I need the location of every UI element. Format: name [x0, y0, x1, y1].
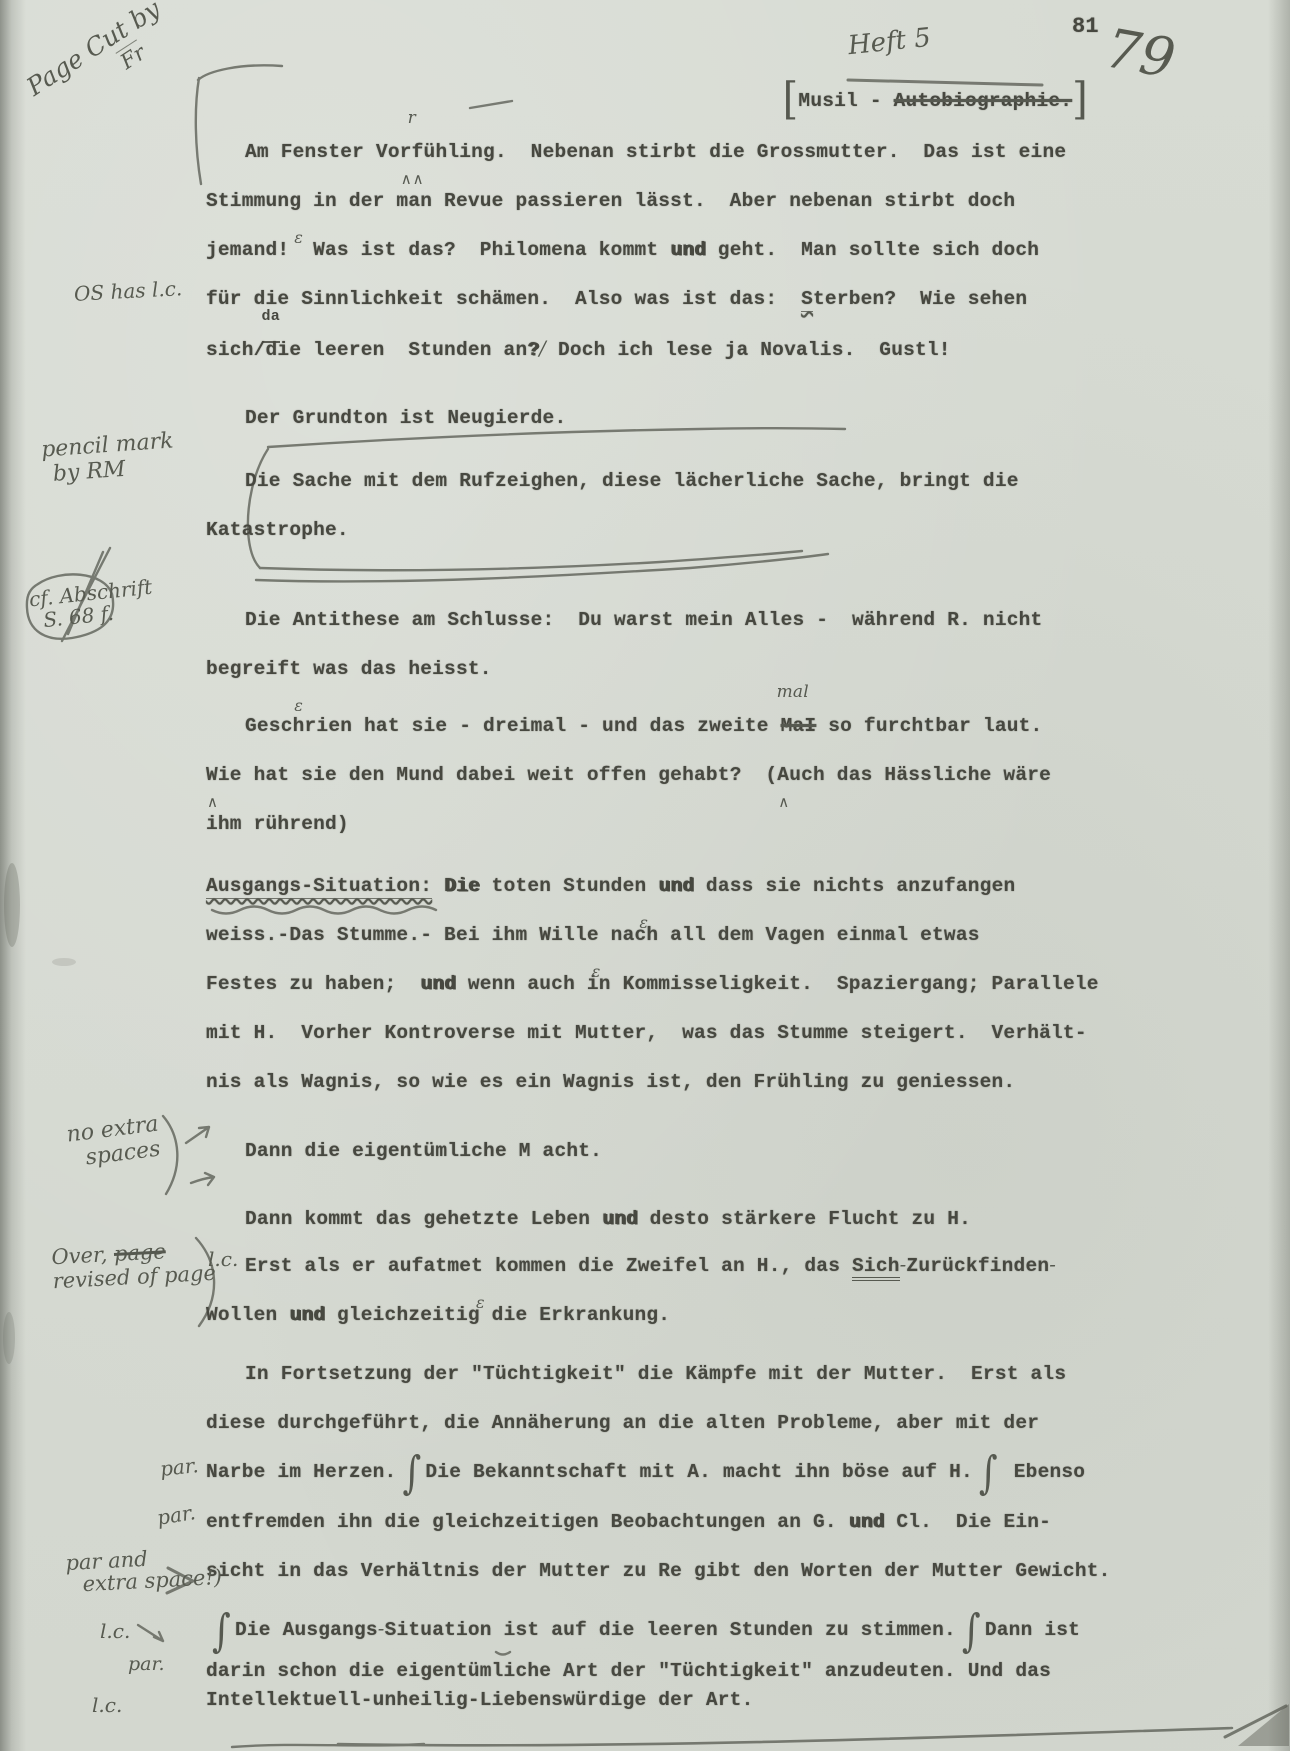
margin-note-cf-reference: cf. Abschrift S. 68 f. — [28, 576, 156, 633]
margin-note-no-extra-spaces: no extra spaces — [65, 1113, 163, 1173]
margin-note-par: par. — [159, 1454, 200, 1480]
paragraph: Erst als er aufatmetɛ kommen die Zweifel… — [206, 1240, 1216, 1340]
margin-note-par: par. — [128, 1654, 165, 1675]
page-number-handwritten: 79 — [1101, 18, 1179, 89]
scan-right-edge — [1268, 0, 1290, 1751]
paragraph: In Fortsetzung der "Tüchtigkeit" die Käm… — [206, 1350, 1216, 1596]
typed-line: begreiftɛ was das heisst. — [206, 645, 1216, 694]
typed-line: sich/dadie leeren Stunden an?/ Doch ich … — [206, 324, 1216, 375]
typed-line: Dann die eigentümliche M acht. — [206, 1127, 1216, 1176]
paragraph: darin schon die eigentümliche Art der "T… — [206, 1657, 1216, 1715]
typed-line: Katastrophe. — [206, 506, 1216, 555]
typed-line: Geschrien hat sie - dreimal - und das zw… — [206, 702, 1216, 751]
typed-line: Dann kommt das gehetzte Leben und desto … — [206, 1195, 1216, 1244]
paragraph: Der Grundton ist Neugierde. — [206, 394, 1216, 443]
margin-note-page-cut: Page Cut by Fr — [22, 0, 181, 125]
insertion-mark: ∫ — [962, 1601, 981, 1662]
typed-line: Narbe im Herzen.∫Die Bekanntschaft mit A… — [206, 1448, 1216, 1498]
typed-line: Die Antithese am Schlusse: Du warst mein… — [206, 596, 1216, 645]
handwritten-bracket-left: [ — [783, 74, 799, 125]
typed-line: entfremden ihn die gleichzeitigen Beobac… — [206, 1498, 1216, 1547]
header-title: Musil - — [798, 90, 893, 112]
typed-line: diese durchgeführt, die Annäherung an di… — [206, 1399, 1216, 1448]
typed-line: Wie hat sie den Mund dabei weit offen ge… — [206, 751, 1216, 800]
typed-line: Festes zu haben; und wenn auch in Kommis… — [206, 960, 1216, 1009]
margin-note-par-extra-space: par and extra space!) — [65, 1544, 223, 1597]
insertion-mark: ∫ — [979, 1443, 998, 1504]
header-title-struck: Autobiographie. — [894, 90, 1073, 112]
typed-line: Wollen und gleichzeitig die Erkrankung. — [206, 1291, 1216, 1340]
typed-line: Ausgangs-Situation: Die toten Stundenɛ u… — [206, 862, 1216, 911]
paragraph: Dann kommt das gehetzte Leben und desto … — [206, 1195, 1216, 1244]
margin-note-pencil-mark: pencil mark by RM — [40, 429, 176, 487]
margin-note-os-has: OS has l.c. — [73, 277, 182, 305]
typed-line: In Fortsetzung der "Tüchtigkeit" die Käm… — [206, 1350, 1216, 1399]
typed-line: Der Grundton ist Neugierde. — [206, 394, 1216, 443]
typed-line: ihm rührend) — [206, 800, 1216, 849]
paragraph: Am Fenster Vorrfühling. Nebenan stirbt d… — [206, 128, 1216, 375]
paragraph: Ausgangs-Situation: Die toten Stundenɛ u… — [206, 862, 1216, 1107]
paragraph: ∫Die Ausgangs-Situation ist auf die leer… — [206, 1604, 1216, 1656]
typed-line: nis als Wagnis, so wie es ein Wagnis ist… — [206, 1058, 1216, 1107]
margin-note-lc: l.c. — [92, 1694, 122, 1716]
page-number-typed: 81 — [1072, 14, 1099, 39]
manuscript-page: [Musil - Autobiographie.] Heft 5 81 79 A… — [0, 0, 1290, 1751]
typed-line: jemand! Was ist das? Philomena kommt und… — [206, 226, 1216, 275]
paragraph: Dann die eigentümliche M acht. — [206, 1127, 1216, 1176]
paragraph: Die Sache mit dem Rufzeighen, diese läch… — [206, 457, 1216, 555]
typed-line: mit H. Vorher Kontroverse mit Mutter, wa… — [206, 1009, 1216, 1058]
paragraph: Die Antithese am Schlusse: Du warst mein… — [206, 596, 1216, 694]
typed-line: Erst als er aufatmetɛ kommen die Zweifel… — [206, 1240, 1216, 1291]
typed-line: sicht in das Verhältnis der Mutter zu Re… — [206, 1547, 1216, 1596]
typed-line: für die Sinnlichkeit schämen. Also was i… — [206, 275, 1216, 324]
paragraph: Geschrien hat sie - dreimal - und das zw… — [206, 702, 1216, 849]
insertion-mark: ∫ — [402, 1443, 421, 1504]
margin-note-lc: l.c. — [100, 1620, 130, 1642]
margin-note-over-page: Over, page revised of page — [51, 1238, 217, 1294]
margin-note-par: par. — [155, 1501, 196, 1529]
typed-line: Stimmungɛ in der man Revue passieren läs… — [206, 177, 1216, 226]
insertion-mark: ∫ — [212, 1601, 231, 1662]
typed-line: Intellektuell-unheilig-Liebenswürdige de… — [206, 1686, 1216, 1715]
typed-line: Die Sache mit dem Rufzeighen, diese läch… — [206, 457, 1216, 506]
typed-line: ∫Die Ausgangs-Situation ist auf die leer… — [206, 1604, 1216, 1656]
scan-left-edge — [0, 0, 26, 1751]
typed-line: weiss.-Das Stumme.- Bei ihm Willeɛ nach … — [206, 911, 1216, 960]
handwritten-bracket-right: ] — [1072, 74, 1088, 125]
margin-note-lc: l.c. — [208, 1248, 238, 1270]
typed-line: darin schon die eigentümliche Art der "T… — [206, 1657, 1216, 1686]
typed-line: Am Fenster Vorrfühling. Nebenan stirbt d… — [206, 128, 1216, 177]
